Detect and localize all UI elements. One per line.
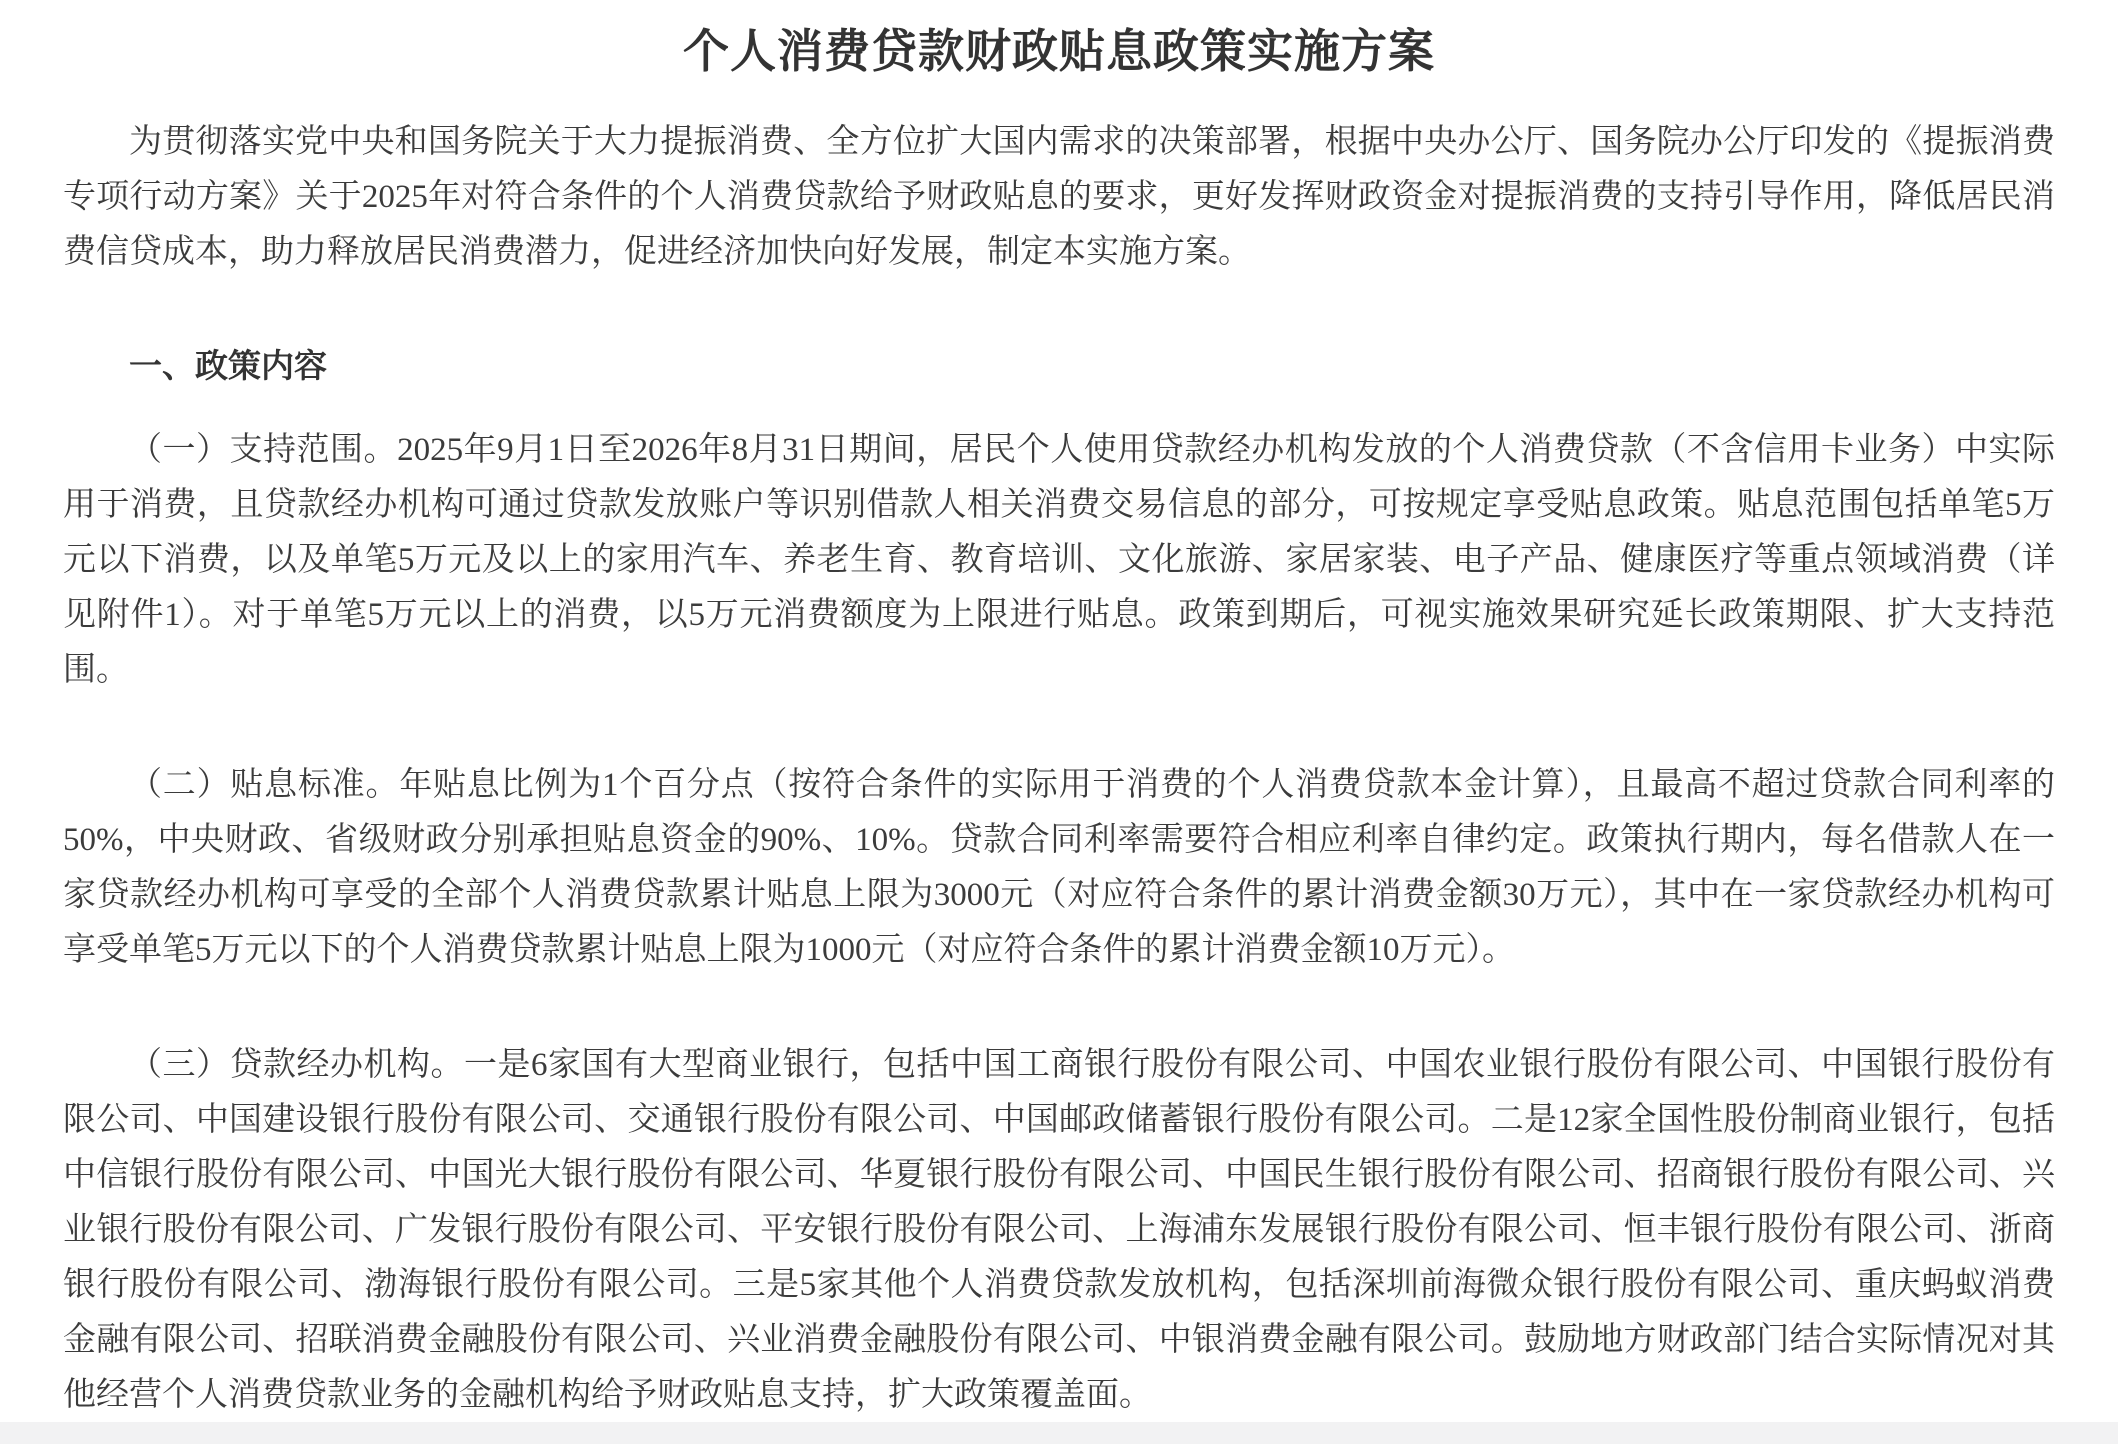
intro-paragraph: 为贯彻落实党中央和国务院关于大力提振消费、全方位扩大国内需求的决策部署，根据中央… (63, 115, 2055, 280)
document-title: 个人消费贷款财政贴息政策实施方案 (63, 22, 2055, 82)
section-heading-policy-content: 一、政策内容 (63, 340, 2055, 395)
page-bottom-edge (0, 1422, 2118, 1444)
document-page: 个人消费贷款财政贴息政策实施方案 为贯彻落实党中央和国务院关于大力提振消费、全方… (0, 0, 2118, 1423)
paragraph-subsidy-standard: （二）贴息标准。年贴息比例为1个百分点（按符合条件的实际用于消费的个人消费贷款本… (63, 758, 2055, 978)
paragraph-loan-institutions: （三）贷款经办机构。一是6家国有大型商业银行，包括中国工商银行股份有限公司、中国… (63, 1038, 2055, 1423)
paragraph-support-scope: （一）支持范围。2025年9月1日至2026年8月31日期间，居民个人使用贷款经… (63, 423, 2055, 698)
